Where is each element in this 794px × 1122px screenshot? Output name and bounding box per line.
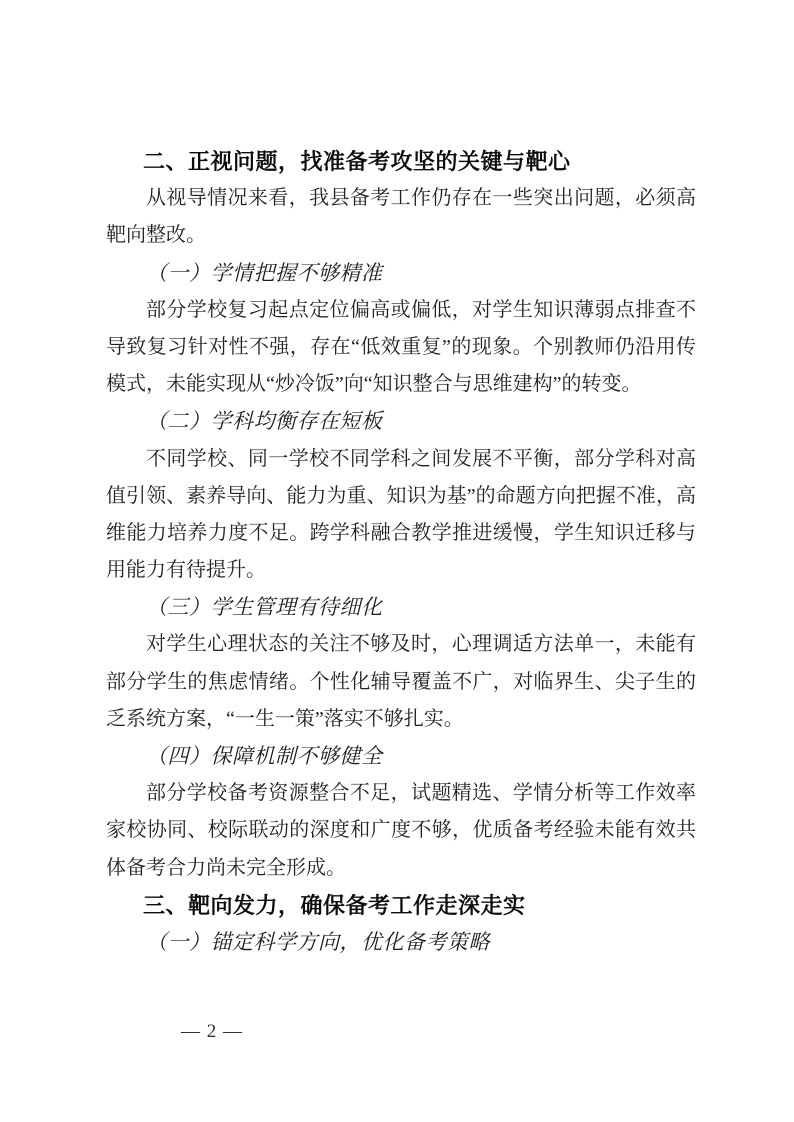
body-line: 导致复习针对性不强，存在“低效重复”的现象。个别教师仍沿用传统复习 [106, 329, 696, 366]
body-line: 乏系统方案，“一生一策”落实不够扎实。 [106, 701, 696, 738]
body-line: 靶向整改。 [106, 217, 696, 254]
section-heading: 二、正视问题，找准备考攻坚的关键与靶心 [106, 143, 696, 180]
body-line: 值引领、素养导向、能力为重、知识为基”的命题方向把握不准，高阶思 [106, 478, 696, 515]
body-line: 从视导情况来看，我县备考工作仍存在一些突出问题，必须高度重视、 [106, 180, 696, 217]
subsection-heading: （一）学情把握不够精准 [106, 255, 696, 292]
body-line: 维能力培养力度不足。跨学科融合教学推进缓慢，学生知识迁移与综合应 [106, 515, 696, 552]
subsection-heading: （四）保障机制不够健全 [106, 738, 696, 775]
document-page: 二、正视问题，找准备考攻坚的关键与靶心 从视导情况来看，我县备考工作仍存在一些突… [0, 0, 794, 1122]
subsection-heading: （三）学生管理有待细化 [106, 589, 696, 626]
body-line: 家校协同、校际联动的深度和广度不够，优质备考经验未能有效共享，整 [106, 812, 696, 849]
body-line: 体备考合力尚未完全形成。 [106, 850, 696, 887]
body-line: 部分学生的焦虑情绪。个性化辅导覆盖不广，对临界生、尖子生的培养缺 [106, 664, 696, 701]
section-heading: 三、靶向发力，确保备考工作走深走实 [106, 887, 696, 924]
body-line: 对学生心理状态的关注不够及时，心理调适方法单一，未能有效缓解 [106, 626, 696, 663]
document-body: 二、正视问题，找准备考攻坚的关键与靶心 从视导情况来看，我县备考工作仍存在一些突… [106, 143, 696, 961]
body-line: 不同学校、同一学校不同学科之间发展不平衡，部分学科对高考“价 [106, 441, 696, 478]
body-line: 部分学校复习起点定位偏高或偏低，对学生知识薄弱点排查不全面， [106, 292, 696, 329]
body-line: 用能力有待提升。 [106, 552, 696, 589]
body-line: 模式，未能实现从“炒冷饭”向“知识整合与思维建构”的转变。 [106, 366, 696, 403]
page-number: — 2 — [181, 1021, 243, 1043]
subsection-heading: （一）锚定科学方向，优化备考策略 [106, 924, 696, 961]
subsection-heading: （二）学科均衡存在短板 [106, 403, 696, 440]
body-line: 部分学校备考资源整合不足，试题精选、学情分析等工作效率不高。 [106, 775, 696, 812]
